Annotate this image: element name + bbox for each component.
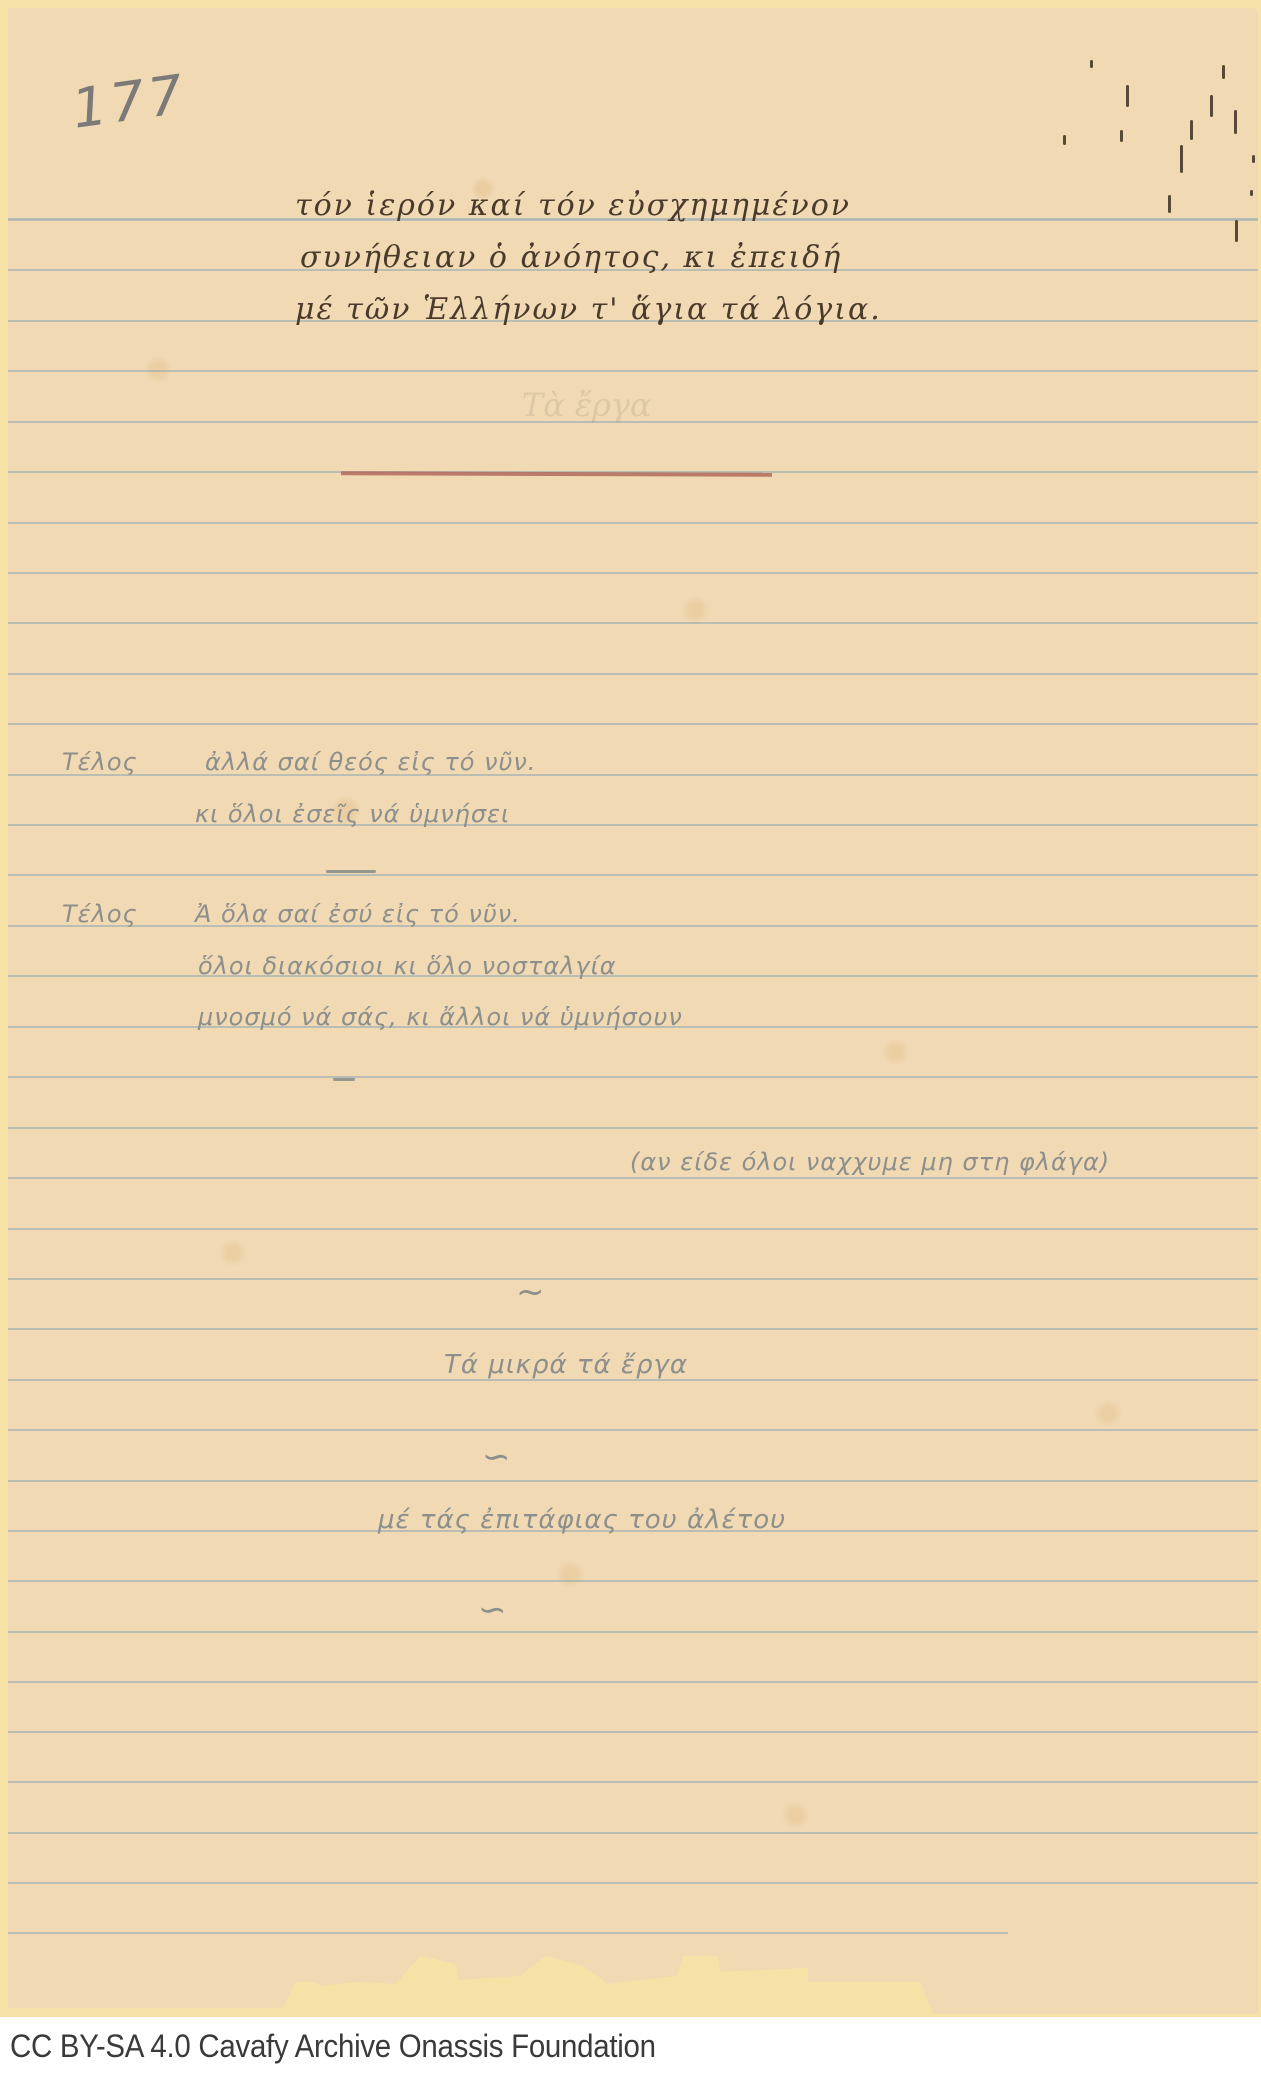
ink-speckle-marks: [1060, 25, 1250, 255]
ruled-line: [8, 1731, 1258, 1733]
pencil-note-1-line-1: ἀλλά σαί θεός εἰς τό νῦν.: [205, 748, 536, 776]
ink-verse-line-3: μέ τῶν Ἑλλήνων τ' ἅγια τά λόγια.: [295, 292, 882, 327]
pencil-note-2-line-2: ὅλοι διακόσιοι κι ὅλο νοσταλγία: [198, 952, 617, 980]
dash-mark: [326, 870, 376, 873]
pencil-note-2-line-1: Ἀ ὅλα σαί ἐσύ εἰς τό νῦν.: [195, 900, 521, 928]
section-mark: ∽: [478, 1590, 507, 1630]
pencil-label-telos-2: Τέλος: [62, 900, 138, 928]
parenthetical-note: (αν είδε όλοι ναχχυμε μη στη φλάγα): [630, 1148, 1110, 1176]
pencil-note-1-line-2: κι ὅλοι ἐσεῖς νά ὑμνήσει: [195, 800, 510, 828]
scanned-image: Τὰ ἔργα 177 τόν ἱερόν καί τόν εὐσχημημέν…: [0, 0, 1261, 2017]
ruled-line: [8, 1882, 1258, 1884]
section-mark: ∽: [482, 1437, 511, 1477]
license-caption: CC BY-SA 4.0 Cavafy Archive Onassis Foun…: [10, 2028, 656, 2065]
ruled-line: [8, 1932, 1008, 1934]
section-mark: ~: [516, 1272, 545, 1312]
ruled-line: [8, 1580, 1258, 1582]
dash-mark: [333, 1078, 355, 1081]
ruled-line: [8, 1631, 1258, 1633]
pencil-note-2-line-3: μνοσμό νά σάς, κι ἄλλοι νά ὑμνήσουν: [198, 1003, 683, 1031]
ruled-line: [8, 1781, 1258, 1783]
ruled-line: [8, 1832, 1258, 1834]
lower-pencil-line-1: Τά μικρά τά ἔργα: [444, 1350, 688, 1380]
pencil-label-telos-1: Τέλος: [62, 748, 138, 776]
ink-verse-line-2: συνήθειαν ὁ ἀνόητος, κι ἐπειδή: [300, 240, 842, 275]
lower-pencil-line-2: μέ τάς ἐπιτάφιας του ἀλέτου: [378, 1505, 786, 1535]
ink-verse-line-1: τόν ἱερόν καί τόν εὐσχημημένον: [295, 188, 851, 223]
ruled-line: [8, 1681, 1258, 1683]
